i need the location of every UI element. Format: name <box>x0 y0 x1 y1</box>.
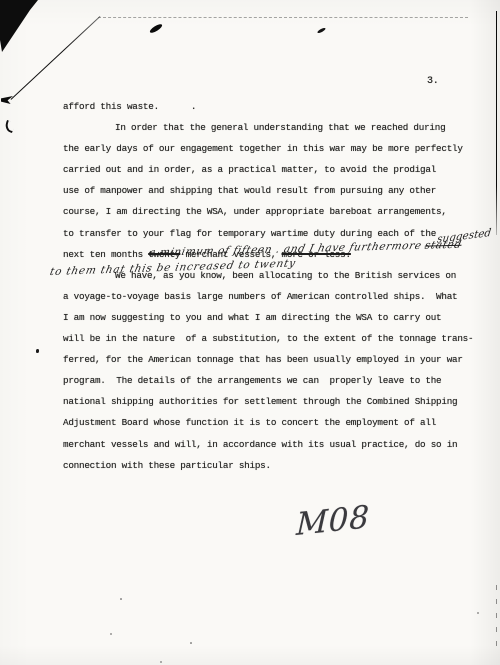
typed-line: a voyage-to-voyage basis large numbers o… <box>63 286 483 307</box>
typed-line: Adjustment Board whose function it is to… <box>63 412 483 433</box>
typed-line: the early days of our engagement togethe… <box>63 138 483 159</box>
typed-line: national shipping authorities for settle… <box>63 391 483 412</box>
page-number: 3. <box>427 76 439 87</box>
typed-text: national shipping authorities for settle… <box>63 396 457 407</box>
typed-text: will be in the nature of a substitution,… <box>63 333 473 344</box>
scan-edge-marks <box>496 585 497 655</box>
typed-text: a voyage-to-voyage basis large numbers o… <box>63 291 457 302</box>
typed-line: will be in the nature of a substitution,… <box>63 328 483 349</box>
typed-text: ferred, for the American tonnage that ha… <box>63 354 463 365</box>
typed-text: afford this waste. <box>63 101 159 112</box>
scan-corner-fold-artifact <box>0 0 40 54</box>
typed-line: program. The details of the arrangements… <box>63 370 483 391</box>
typed-text: I am now suggesting to you and what I am… <box>63 312 441 323</box>
margin-dot-mark <box>36 349 39 353</box>
typed-line: connection with these particular ships. <box>63 455 483 476</box>
margin-pen-mark <box>4 120 16 133</box>
scan-speck <box>160 661 162 663</box>
crease-arrowhead-artifact <box>1 96 13 104</box>
typed-line: merchant vessels and will, in accordance… <box>63 434 483 455</box>
typed-line: ferred, for the American tonnage that ha… <box>63 349 483 370</box>
typed-line: afford this waste. . <box>63 96 483 117</box>
typed-line: use of manpower and shipping that would … <box>63 180 483 201</box>
typed-text: use of manpower and shipping that would … <box>63 185 436 196</box>
typed-text: carried out and in order, as a practical… <box>63 164 436 175</box>
scanned-letter-page: 3. afford this waste. .In order that the… <box>0 0 500 665</box>
typed-text: Adjustment Board whose function it is to… <box>63 417 436 428</box>
typed-text: connection with these particular ships. <box>63 460 271 471</box>
scan-speck <box>120 598 122 600</box>
typed-text: merchant vessels and will, in accordance… <box>63 439 457 450</box>
scan-speck <box>110 633 112 635</box>
scan-speck <box>190 642 192 644</box>
typed-line: In order that the general understanding … <box>63 117 483 138</box>
typed-text: In order that the general understanding … <box>115 122 445 133</box>
ink-blot <box>317 27 326 34</box>
archive-pencil-annotation: M08 <box>296 499 371 543</box>
typed-line: carried out and in order, as a practical… <box>63 159 483 180</box>
typed-line: course, I am directing the WSA, under ap… <box>63 201 483 222</box>
handwritten-struck-word: stated <box>424 239 463 252</box>
typed-text: the early days of our engagement togethe… <box>63 143 463 154</box>
typed-text: program. The details of the arrangements… <box>63 375 441 386</box>
crease-line-artifact <box>11 16 101 100</box>
typed-text: course, I am directing the WSA, under ap… <box>63 206 447 217</box>
scan-speck <box>477 612 479 614</box>
top-crease-line <box>98 17 468 18</box>
scan-edge-line <box>496 11 498 235</box>
ink-blot <box>149 23 164 35</box>
typed-line: I am now suggesting to you and what I am… <box>63 307 483 328</box>
typed-text: . <box>159 101 196 112</box>
handwritten-continuation-text: to them that this be increased to twenty <box>48 257 296 278</box>
